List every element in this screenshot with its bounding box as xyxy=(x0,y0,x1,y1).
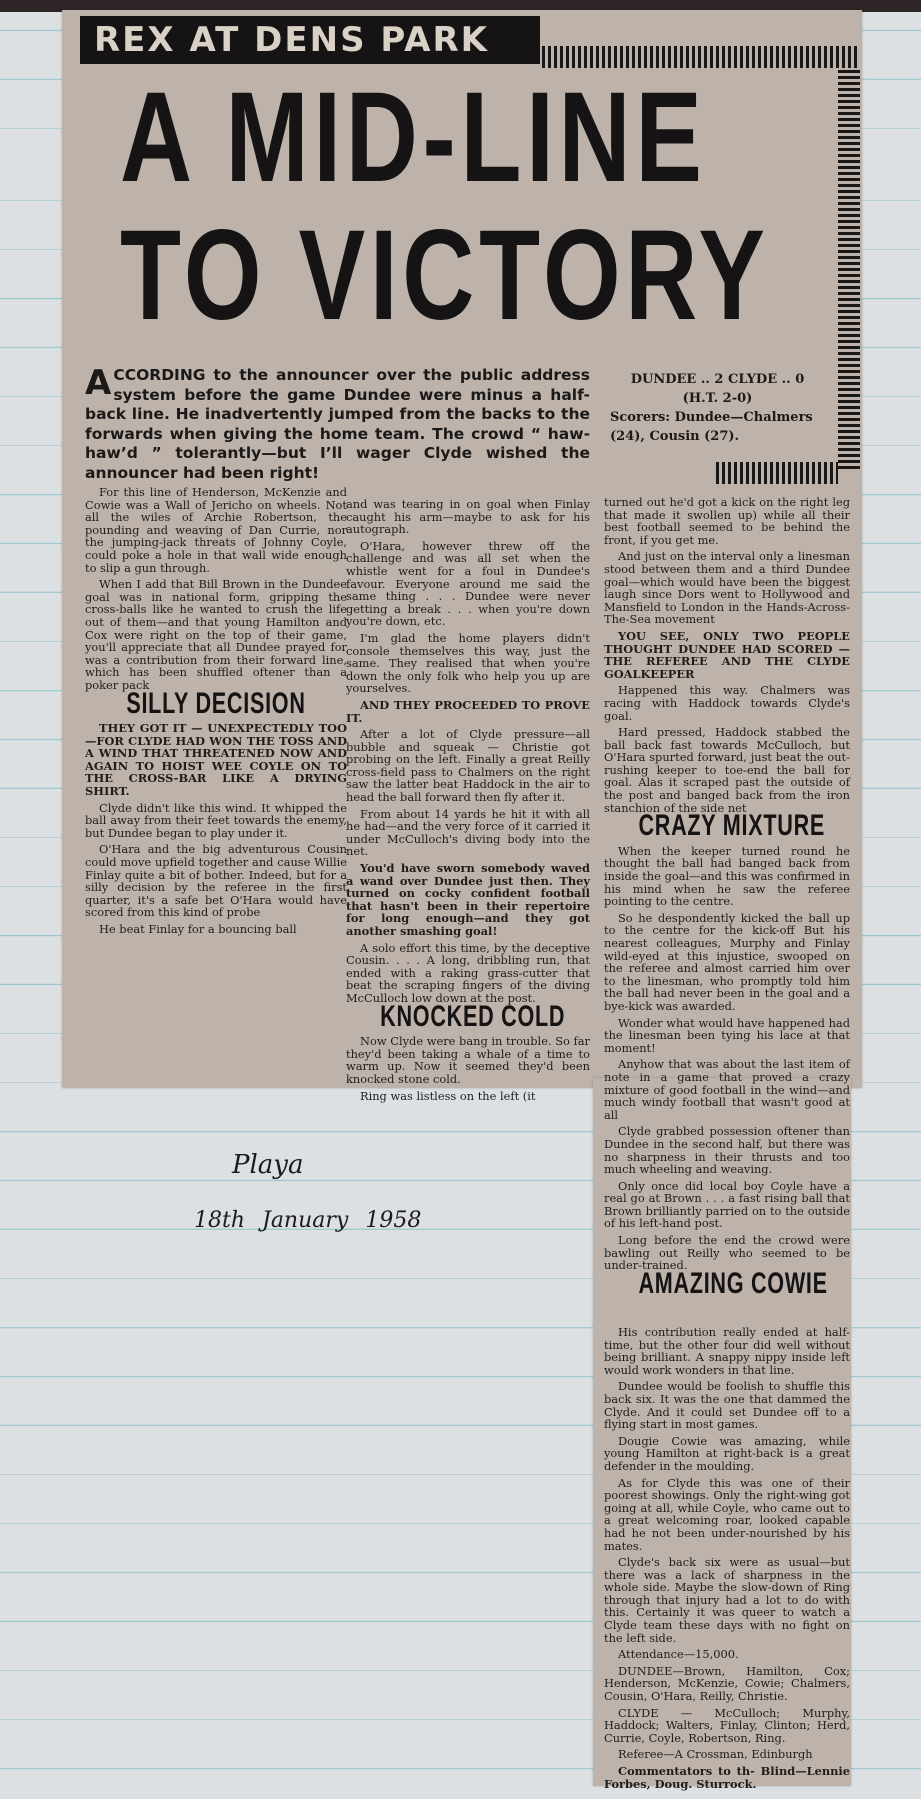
headline-line-2: TO VICTORY xyxy=(120,210,822,342)
paragraph: O'Hara and the big adventurous Cousin co… xyxy=(85,843,347,919)
paragraph: Clyde's back six were as usual—but there… xyxy=(604,1556,850,1644)
article-column-4: His contribution really ended at half-ti… xyxy=(604,1326,850,1794)
article-column-1: For this line of Henderson, McKenzie and… xyxy=(85,486,347,940)
paragraph: Anyhow that was about the last item of n… xyxy=(604,1058,850,1121)
match-result: DUNDEE .. 2 CLYDE .. 0 xyxy=(610,370,825,389)
half-time-score: (H.T. 2-0) xyxy=(610,389,825,408)
kicker-banner: REX AT DENS PARK xyxy=(80,16,540,64)
paragraph: Happened this way. Chalmers was racing w… xyxy=(604,684,850,722)
subheading: SILLY DECISION xyxy=(122,698,311,711)
headline-line-1: A MID-LINE xyxy=(120,72,822,204)
commentators: Commentators to th- Blind—Lennie Forbes,… xyxy=(604,1765,850,1790)
paragraph: His contribution really ended at half-ti… xyxy=(604,1326,850,1376)
paragraph: A solo effort this time, by the deceptiv… xyxy=(346,942,590,1005)
dundee-lineup: DUNDEE—Brown, Hamilton, Cox; Henderson, … xyxy=(604,1665,850,1703)
referee: Referee—A Crossman, Edinburgh xyxy=(604,1748,850,1761)
paragraph: After a lot of Clyde pressure—all bubble… xyxy=(346,728,590,804)
score-box: DUNDEE .. 2 CLYDE .. 0 (H.T. 2-0) Scorer… xyxy=(610,370,825,446)
paragraph: So he despondently kicked the ball up to… xyxy=(604,912,850,1013)
clyde-lineup: CLYDE — McCulloch; Murphy, Haddock; Walt… xyxy=(604,1707,850,1745)
article-column-3: turned out he'd got a kick on the right … xyxy=(604,496,850,1302)
attendance: Attendance—15,000. xyxy=(604,1648,850,1661)
caps-paragraph: You see, only two people thought Dundee … xyxy=(604,630,850,680)
caps-paragraph: They got it — unexpectedly too—for Clyde… xyxy=(85,722,347,798)
drop-cap: A xyxy=(85,368,111,398)
paragraph: Clyde didn't like this wind. It whipped … xyxy=(85,802,347,840)
bold-paragraph: You'd have sworn somebody waved a wand o… xyxy=(346,862,590,938)
intro-text: CCORDING to the announcer over the publi… xyxy=(85,366,590,482)
subheading: CRAZY MIXTURE xyxy=(638,820,815,833)
decorative-rule-icon xyxy=(542,46,860,68)
paragraph: When the keeper turned round he thought … xyxy=(604,845,850,908)
paragraph: When I add that Bill Brown in the Dundee… xyxy=(85,578,347,691)
paragraph: Dundee would be foolish to shuffle this … xyxy=(604,1380,850,1430)
paragraph: and was tearing in on goal when Finlay c… xyxy=(346,498,590,536)
decorative-rule-icon xyxy=(838,70,860,472)
paragraph: I'm glad the home players didn't console… xyxy=(346,632,590,695)
scorers: Scorers: Dundee—Chalmers (24), Cousin (2… xyxy=(610,408,825,446)
paragraph: Wonder what would have happened had the … xyxy=(604,1017,850,1055)
subheading: AMAZING COWIE xyxy=(638,1278,815,1291)
paragraph: O'Hara, however threw off the challenge … xyxy=(346,540,590,628)
decorative-rule-icon xyxy=(716,462,838,484)
subheading: KNOCKED COLD xyxy=(380,1011,556,1024)
paragraph: turned out he'd got a kick on the right … xyxy=(604,496,850,546)
caps-paragraph: And they proceeded to prove it. xyxy=(346,699,590,724)
paragraph: Ring was listless on the left (it xyxy=(346,1090,590,1103)
headline: A MID-LINE TO VICTORY xyxy=(120,72,666,342)
paragraph: He beat Finlay for a bouncing ball xyxy=(85,923,347,936)
intro-paragraph: A CCORDING to the announcer over the pub… xyxy=(85,366,590,483)
paragraph: Hard pressed, Haddock stabbed the ball b… xyxy=(604,726,850,814)
paragraph: Dougie Cowie was amazing, while young Ha… xyxy=(604,1435,850,1473)
paragraph: Only once did local boy Coyle have a rea… xyxy=(604,1180,850,1230)
article-column-2: and was tearing in on goal when Finlay c… xyxy=(346,498,590,1106)
paragraph: And just on the interval only a linesman… xyxy=(604,550,850,626)
handwritten-name: Playa xyxy=(232,1150,304,1180)
handwritten-date: 18th January 1958 xyxy=(194,1208,421,1233)
paragraph: Now Clyde were bang in trouble. So far t… xyxy=(346,1035,590,1085)
paragraph: Clyde grabbed possession oftener than Du… xyxy=(604,1125,850,1175)
paragraph: For this line of Henderson, McKenzie and… xyxy=(85,486,347,574)
paragraph: From about 14 yards he hit it with all h… xyxy=(346,808,590,858)
paragraph: As for Clyde this was one of their poore… xyxy=(604,1477,850,1553)
